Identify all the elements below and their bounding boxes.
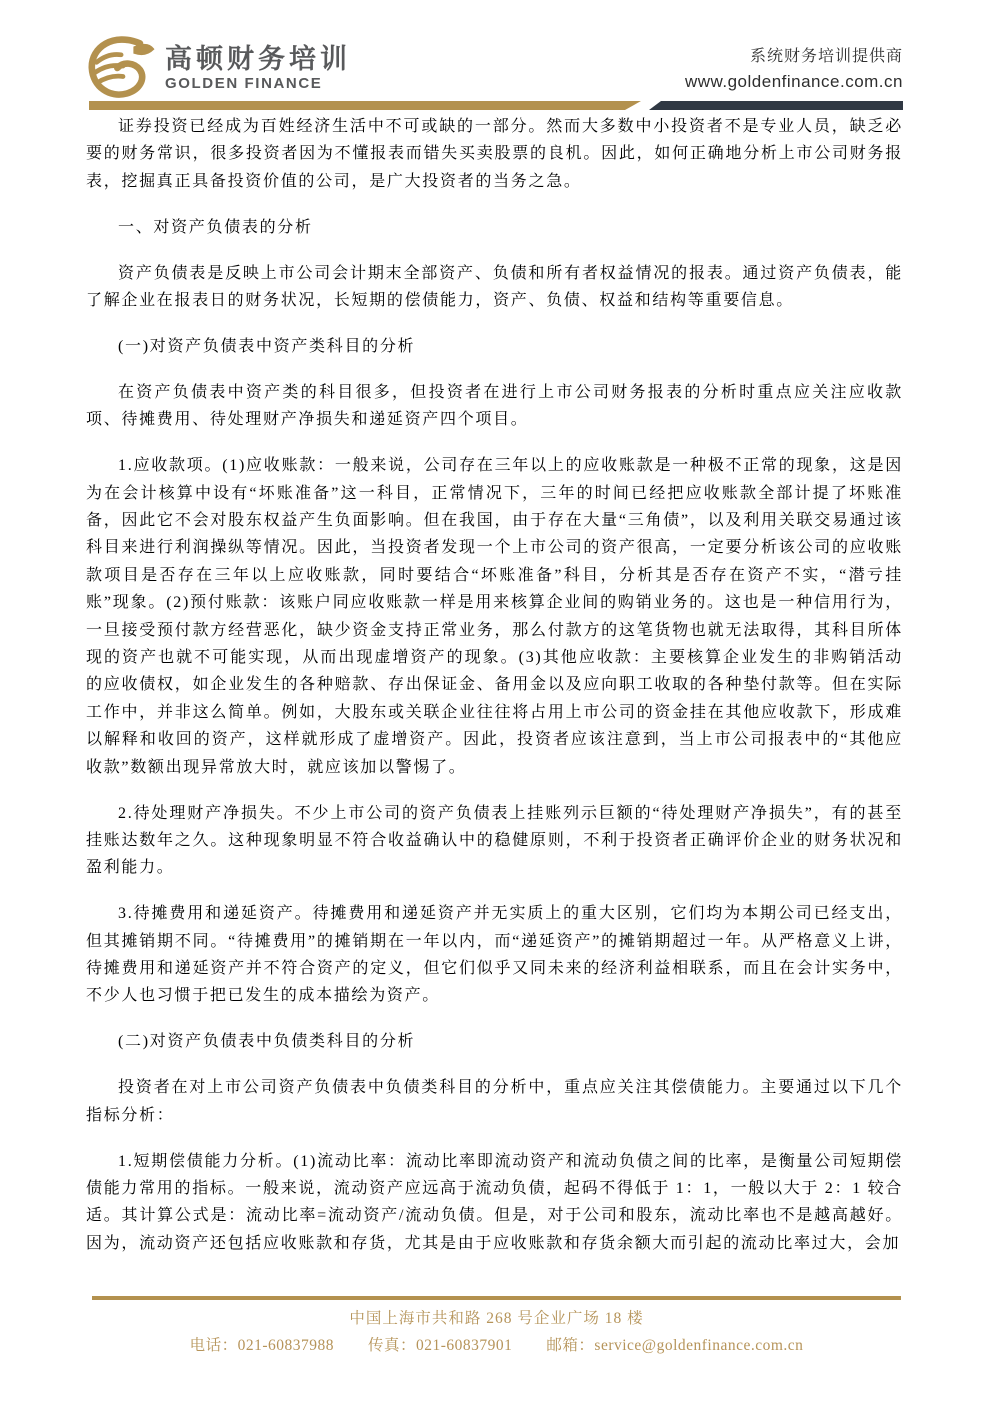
footer-fax: 传真：021-60837901 xyxy=(368,1333,512,1359)
footer-phone: 电话：021-60837988 xyxy=(190,1333,334,1359)
header-website-link[interactable]: www.goldenfinance.com.cn xyxy=(685,69,903,95)
paragraph-intro: 证券投资已经成为百姓经济生活中不可或缺的一部分。然而大多数中小投资者不是专业人员… xyxy=(86,113,903,195)
golden-finance-logo: 高顿财务培训 GOLDEN FINANCE xyxy=(85,34,351,102)
header-tagline: 系统财务培训提供商 xyxy=(685,44,903,69)
logo-name-en: GOLDEN FINANCE xyxy=(165,74,351,93)
paragraph: 资产负债表是反映上市公司会计期末全部资产、负债和所有者权益情况的报表。通过资产负… xyxy=(86,260,903,315)
header-right-block: 系统财务培训提供商 www.goldenfinance.com.cn xyxy=(685,44,903,95)
paragraph-receivables: 1.应收款项。(1)应收账款：一般来说，公司存在三年以上的应收账款是一种极不正常… xyxy=(86,452,903,781)
footer-divider xyxy=(92,1296,901,1300)
logo-text-block: 高顿财务培训 GOLDEN FINANCE xyxy=(165,44,351,93)
divider-dark-segment xyxy=(649,101,903,110)
paragraph-liquidity: 1.短期偿债能力分析。(1)流动比率：流动比率即流动资产和流动负债之间的比率，是… xyxy=(86,1148,903,1258)
footer-email[interactable]: 邮箱：service@goldenfinance.com.cn xyxy=(546,1333,803,1359)
section-heading-1: 一、对资产负债表的分析 xyxy=(86,214,903,241)
divider-gold-segment xyxy=(89,101,641,110)
paragraph-pending-loss: 2.待处理财产净损失。不少上市公司的资产负债表上挂账列示巨额的“待处理财产净损失… xyxy=(86,800,903,882)
golden-swirl-logo-icon xyxy=(85,34,161,102)
page-header: 高顿财务培训 GOLDEN FINANCE 系统财务培训提供商 www.gold… xyxy=(0,0,993,112)
header-divider xyxy=(0,101,993,111)
paragraph: 在资产负债表中资产类的科目很多，但投资者在进行上市公司财务报表的分析时重点应关注… xyxy=(86,379,903,434)
logo-name-zh: 高顿财务培训 xyxy=(165,44,351,74)
section-heading-1-2: (二)对资产负债表中负债类科目的分析 xyxy=(86,1028,903,1055)
article-body: 证券投资已经成为百姓经济生活中不可或缺的一部分。然而大多数中小投资者不是专业人员… xyxy=(86,113,903,1276)
paragraph-deferred: 3.待摊费用和递延资产。待摊费用和递延资产并无实质上的重大区别，它们均为本期公司… xyxy=(86,900,903,1010)
paragraph: 投资者在对上市公司资产负债表中负债类科目的分析中，重点应关注其偿债能力。主要通过… xyxy=(86,1074,903,1129)
document-page: 高顿财务培训 GOLDEN FINANCE 系统财务培训提供商 www.gold… xyxy=(0,0,993,1404)
footer-address: 中国上海市共和路 268 号企业广场 18 楼 xyxy=(0,1306,993,1332)
section-heading-1-1: (一)对资产负债表中资产类科目的分析 xyxy=(86,333,903,360)
footer-contact-line: 电话：021-60837988 传真：021-60837901 邮箱：servi… xyxy=(0,1333,993,1359)
